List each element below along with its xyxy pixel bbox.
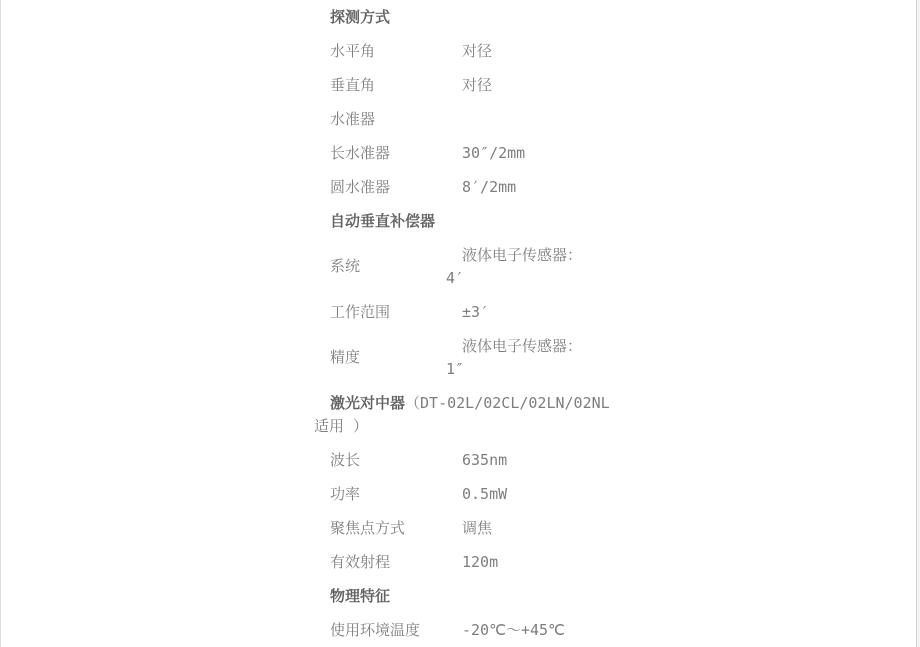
section-title-laser-plummet: 激光对中器（DT-02L/02CL/02LN/02NL适用 ） xyxy=(314,386,622,443)
section-title-text: 探测方式 xyxy=(330,8,390,26)
section-title-detection: 探测方式 xyxy=(314,0,622,34)
spec-value: 30″/2mm xyxy=(446,142,622,165)
spec-row: 垂直角 对径 xyxy=(314,68,622,102)
spec-value: 液体电子传感器： 4′ xyxy=(446,244,622,290)
spec-value: 对径 xyxy=(446,40,622,63)
spec-row: 精度 液体电子传感器： 1″ xyxy=(314,329,622,386)
spec-label: 垂直角 xyxy=(314,74,446,97)
spec-label: 有效射程 xyxy=(314,551,446,574)
spec-label: 聚焦点方式 xyxy=(314,517,446,540)
spec-value: 120m xyxy=(446,551,622,574)
spec-label: 波长 xyxy=(314,449,446,472)
content-panel: 探测方式 水平角 对径 垂直角 对径 水准器 长水准器 30″/2mm 圆水准器… xyxy=(0,0,917,647)
spec-label: 圆水准器 xyxy=(314,176,446,199)
spec-row: 圆水准器 8′/2mm xyxy=(314,170,622,204)
spec-row: 系统 液体电子传感器： 4′ xyxy=(314,238,622,295)
spec-label: 使用环境温度 xyxy=(314,619,446,642)
section-title-text: 物理特征 xyxy=(330,587,390,605)
spec-value: 对径 xyxy=(446,74,622,97)
spec-label: 水平角 xyxy=(314,40,446,63)
spec-row: 有效射程 120m xyxy=(314,545,622,579)
section-title-text: 激光对中器 xyxy=(330,394,405,412)
spec-row: 长水准器 30″/2mm xyxy=(314,136,622,170)
spec-label: 功率 xyxy=(314,483,446,506)
section-title-physical: 物理特征 xyxy=(314,579,622,613)
section-title-text: 自动垂直补偿器 xyxy=(330,212,435,230)
spec-label: 系统 xyxy=(314,255,446,278)
spec-row: 水准器 xyxy=(314,102,622,136)
spec-row: 水平角 对径 xyxy=(314,34,622,68)
spec-row: 聚焦点方式 调焦 xyxy=(314,511,622,545)
section-title-compensator: 自动垂直补偿器 xyxy=(314,204,622,238)
spec-row: 波长 635nm xyxy=(314,443,622,477)
spec-value: 调焦 xyxy=(446,517,622,540)
spec-row: 工作范围 ±3′ xyxy=(314,295,622,329)
spec-label: 水准器 xyxy=(314,108,446,131)
spec-value: -20℃～+45℃ xyxy=(446,619,622,642)
spec-value: ±3′ xyxy=(446,301,622,324)
spec-label: 精度 xyxy=(314,346,446,369)
spec-row: 使用环境温度 -20℃～+45℃ xyxy=(314,613,622,647)
spec-value: 635nm xyxy=(446,449,622,472)
spec-label: 长水准器 xyxy=(314,142,446,165)
spec-value: 8′/2mm xyxy=(446,176,622,199)
spec-row: 功率 0.5mW xyxy=(314,477,622,511)
spec-table: 探测方式 水平角 对径 垂直角 对径 水准器 长水准器 30″/2mm 圆水准器… xyxy=(314,0,622,647)
spec-value: 液体电子传感器： 1″ xyxy=(446,335,622,381)
spec-label: 工作范围 xyxy=(314,301,446,324)
spec-value: 0.5mW xyxy=(446,483,622,506)
